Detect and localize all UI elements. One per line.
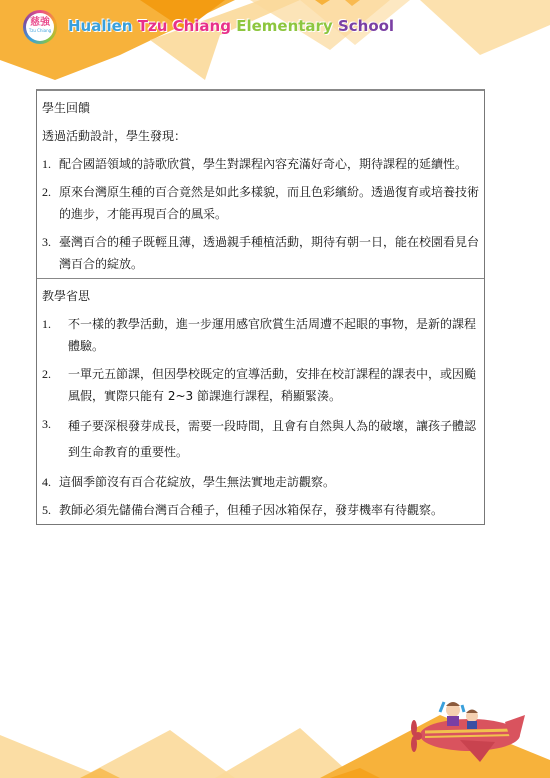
list-item: 4. 這個季節沒有百合花綻放，學生無法實地走訪觀察。 <box>42 471 479 493</box>
section-title: 教學省思 <box>42 285 479 307</box>
teaching-reflection-section: 教學省思 1. 不一樣的教學活動，進一步運用感官欣賞生活周遭不起眼的事物，是新的… <box>37 278 484 524</box>
list-item: 1. 配合國語領域的詩歌欣賞，學生對課程內容充滿好奇心，期待課程的延續性。 <box>42 153 479 175</box>
list-item: 2. 一單元五節課，但因學校既定的宣導活動，安排在校訂課程的課表中，或因颱風假，… <box>42 363 479 407</box>
list-item: 3. 種子要深根發芽成長，需要一段時間，且會有自然與人為的破壞，讓孩子體認到生命… <box>42 413 479 465</box>
document-table: 學生回饋 透過活動設計，學生發現： 1. 配合國語領域的詩歌欣賞，學生對課程內容… <box>36 89 485 525</box>
intro-text: 透過活動設計，學生發現： <box>42 125 479 147</box>
list-item: 3. 臺灣百合的種子既輕且薄，透過親手種植活動，期待有朝一日，能在校園看見台灣百… <box>42 231 479 275</box>
school-name: Hualien Tzu Chiang Elementary School <box>68 17 394 35</box>
section-title: 學生回饋 <box>42 97 479 119</box>
footer-banner <box>0 660 550 778</box>
list-item: 1. 不一樣的教學活動，進一步運用感官欣賞生活周遭不起眼的事物，是新的課程體驗。 <box>42 313 479 357</box>
list-item: 2. 原來台灣原生種的百合竟然是如此多樣貌，而且色彩繽紛。透過復育或培養技術的進… <box>42 181 479 225</box>
header-banner <box>0 0 550 90</box>
school-logo: 慈強 Tzu Chiang <box>23 10 57 44</box>
list-item: 5. 教師必須先儲備台灣百合種子，但種子因冰箱保存，發芽機率有待觀察。 <box>42 499 479 521</box>
student-feedback-section: 學生回饋 透過活動設計，學生發現： 1. 配合國語領域的詩歌欣賞，學生對課程內容… <box>37 91 484 278</box>
